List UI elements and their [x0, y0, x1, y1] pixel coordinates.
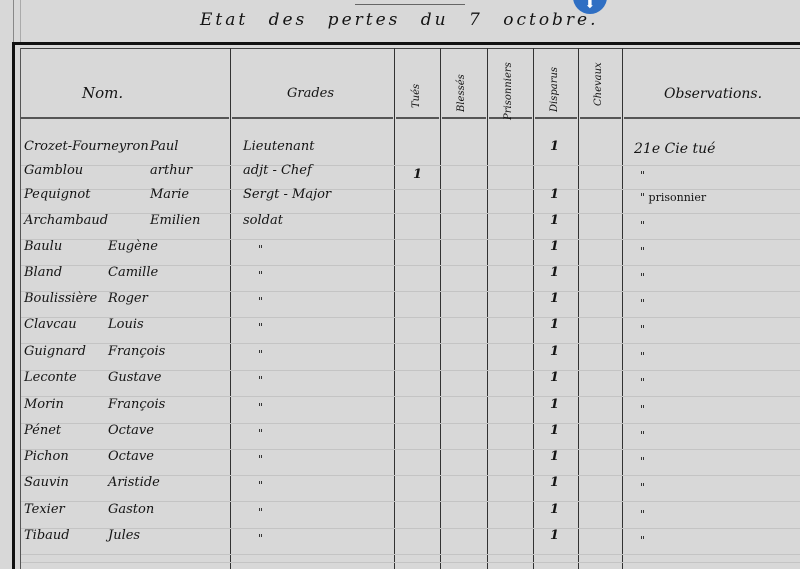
cell-grade: ": [258, 479, 263, 492]
cell-nom: Tibaud: [24, 528, 70, 543]
cell-grade: ": [258, 321, 263, 334]
cell-nom: Archambaud: [24, 213, 108, 228]
title-rule: [355, 4, 465, 5]
download-arrow-icon: ⬇: [585, 0, 596, 12]
header-tues: Tués: [411, 84, 422, 108]
cell-nom: Pénet: [24, 423, 61, 438]
cell-prenom: Octave: [108, 423, 154, 438]
margin-line: [20, 0, 21, 44]
cell-observation: ": [640, 245, 645, 258]
cell-observation: ": [640, 323, 645, 336]
cell-nom: Guignard: [24, 344, 86, 359]
header-observations: Observations.: [664, 86, 762, 102]
document-page: Etat des pertes du 7 octobre. ⬇ Nom. Gra…: [0, 0, 800, 569]
cell-observation: ": [640, 297, 645, 310]
cell-prenom: Louis: [108, 317, 144, 332]
cell-observation: ": [640, 376, 645, 389]
cell-observation: " prisonnier: [640, 191, 706, 204]
column-divider: [394, 48, 395, 569]
cell-nom: Bland: [24, 265, 62, 280]
cell-observation: ": [640, 429, 645, 442]
cell-disparus: 1: [550, 423, 559, 438]
header-rule: [535, 117, 577, 119]
cell-nom: Morin: [24, 397, 64, 412]
cell-prenom: Eugène: [108, 239, 158, 254]
cell-prenom: Gaston: [108, 502, 154, 517]
cell-prenom: Octave: [108, 449, 154, 464]
column-divider: [440, 48, 441, 569]
header-rule: [396, 117, 439, 119]
cell-disparus: 1: [550, 139, 559, 154]
cell-grade: ": [258, 348, 263, 361]
cell-disparus: 1: [550, 265, 559, 280]
cell-prenom: Jules: [108, 528, 140, 543]
cell-disparus: 1: [550, 502, 559, 517]
cell-prenom: Marie: [150, 187, 189, 202]
cell-disparus: 1: [550, 528, 559, 543]
document-title: Etat des pertes du 7 octobre.: [200, 10, 600, 30]
header-disparus: Disparus: [549, 67, 560, 112]
row-rule: [21, 562, 800, 563]
header-rule: [624, 117, 800, 119]
cell-disparus: 1: [550, 449, 559, 464]
cell-grade: Lieutenant: [243, 139, 315, 154]
column-divider: [622, 48, 623, 569]
cell-grade: ": [258, 506, 263, 519]
cell-disparus: 1: [550, 291, 559, 306]
cell-prenom: Camille: [108, 265, 158, 280]
table-frame-top: [12, 42, 800, 45]
header-chevaux: Chevaux: [593, 62, 604, 106]
cell-observation: ": [640, 271, 645, 284]
cell-grade: ": [258, 269, 263, 282]
column-divider: [578, 48, 579, 569]
header-rule: [442, 117, 486, 119]
table-frame-left: [12, 42, 15, 569]
row-rule: [21, 189, 800, 190]
header-rule: [232, 117, 393, 119]
cell-observation: ": [640, 455, 645, 468]
cell-observation: ": [640, 534, 645, 547]
cell-prenom: arthur: [150, 163, 192, 178]
cell-disparus: 1: [550, 370, 559, 385]
cell-nom: Gamblou: [24, 163, 83, 178]
cell-nom: Crozet-Fourneyron: [24, 139, 149, 154]
cell-prenom: François: [108, 344, 165, 359]
column-divider: [487, 48, 488, 569]
cell-disparus: 1: [550, 187, 559, 202]
cell-observation: 21e Cie tué: [634, 141, 715, 157]
table-inner-top: [20, 48, 800, 49]
cell-nom: Boulissière: [24, 291, 97, 306]
cell-nom: Clavcau: [24, 317, 77, 332]
row-rule: [21, 165, 800, 166]
cell-observation: ": [640, 481, 645, 494]
column-divider: [533, 48, 534, 569]
cell-nom: Sauvin: [24, 475, 69, 490]
cell-disparus: 1: [550, 397, 559, 412]
header-blesses: Blessés: [456, 74, 467, 112]
cell-disparus: 1: [550, 213, 559, 228]
cell-grade: soldat: [243, 213, 283, 228]
cell-nom: Leconte: [24, 370, 77, 385]
cell-grade: ": [258, 453, 263, 466]
cell-observation: ": [640, 169, 645, 182]
cell-disparus: 1: [550, 344, 559, 359]
cell-grade: ": [258, 243, 263, 256]
cell-prenom: Gustave: [108, 370, 161, 385]
cell-observation: ": [640, 508, 645, 521]
cell-observation: ": [640, 219, 645, 232]
row-rule: [21, 554, 800, 555]
cell-observation: ": [640, 403, 645, 416]
cell-disparus: 1: [550, 317, 559, 332]
margin-line: [13, 0, 14, 44]
cell-observation: ": [640, 350, 645, 363]
cell-grade: ": [258, 532, 263, 545]
table-inner-left: [20, 48, 21, 569]
cell-tues: 1: [413, 167, 422, 182]
cell-grade: ": [258, 401, 263, 414]
cell-prenom: Roger: [108, 291, 148, 306]
row-rule: [21, 213, 800, 214]
cell-nom: Baulu: [24, 239, 62, 254]
column-divider: [230, 48, 231, 569]
cell-prenom: François: [108, 397, 165, 412]
cell-grade: ": [258, 295, 263, 308]
header-prisonniers: Prisonniers: [503, 62, 514, 120]
cell-prenom: Paul: [150, 139, 178, 154]
header-grades: Grades: [287, 86, 334, 101]
cell-nom: Texier: [24, 502, 65, 517]
cell-nom: Pequignot: [24, 187, 90, 202]
header-rule: [21, 117, 229, 119]
cell-grade: Sergt - Major: [243, 187, 331, 202]
header-nom: Nom.: [82, 84, 123, 102]
cell-grade: adjt - Chef: [243, 163, 312, 178]
cell-disparus: 1: [550, 475, 559, 490]
cell-prenom: Aristide: [108, 475, 160, 490]
cell-disparus: 1: [550, 239, 559, 254]
cell-grade: ": [258, 374, 263, 387]
header-rule: [580, 117, 621, 119]
cell-prenom: Emilien: [150, 213, 200, 228]
cell-nom: Pichon: [24, 449, 69, 464]
cell-grade: ": [258, 427, 263, 440]
